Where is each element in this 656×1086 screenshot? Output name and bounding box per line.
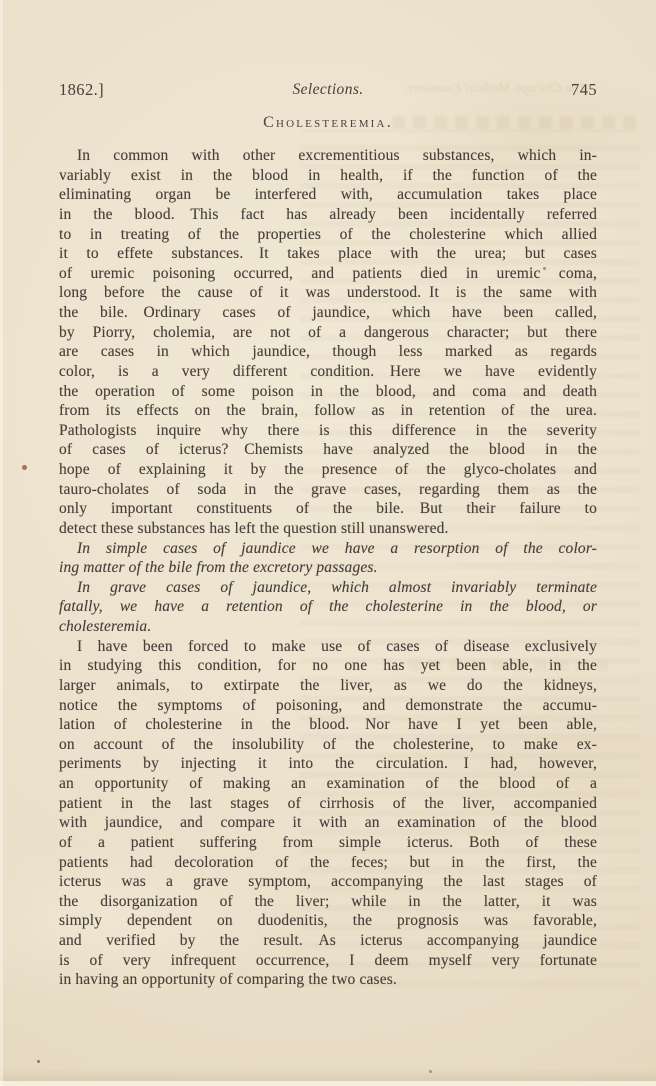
text-line: cholesteremia.: [59, 617, 597, 637]
scanned-book-page: The Chicago Medical Examiner. 1862.] Sel…: [0, 0, 656, 1086]
text-line: with jaundice, and compare it with an ex…: [59, 813, 597, 833]
paper-speck: [22, 465, 27, 470]
text-line: to in treating of the properties of the …: [59, 225, 597, 245]
text-line: by Piorry, cholemia, are not of a danger…: [59, 323, 597, 343]
text-line: in having an opportunity of comparing th…: [59, 970, 597, 990]
text-line: is of very infrequent occurrence, I deem…: [59, 951, 597, 971]
text-line: long before the cause of it was understo…: [59, 283, 597, 303]
page-number: 745: [571, 80, 597, 100]
text-line: In simple cases of jaundice we have a re…: [59, 539, 597, 559]
running-title: Selections.: [292, 81, 363, 99]
paper-speck: [37, 1060, 40, 1063]
text-line: periments by injecting it into the circu…: [59, 754, 597, 774]
article-title: Cholesteremia.: [59, 114, 597, 132]
text-line: of cases of icterus? Chemists have analy…: [59, 440, 597, 460]
text-line: color, is a very different condition. He…: [59, 362, 597, 382]
text-line: larger animals, to extirpate the liver, …: [59, 676, 597, 696]
text-line: of a patient suffering from simple icter…: [59, 833, 597, 853]
article-body: In common with other excrementitious sub…: [59, 146, 597, 990]
text-line: patient in the last stages of cirrhosis …: [59, 794, 597, 814]
text-line: an opportunity of making an examination …: [59, 774, 597, 794]
text-line: In common with other excrementitious sub…: [59, 146, 597, 166]
paper-speck: [429, 1070, 432, 1073]
text-line: I have been forced to make use of cases …: [59, 637, 597, 657]
text-line: notice the symptoms of poisoning, and de…: [59, 696, 597, 716]
scan-left-edge: [0, 0, 3, 1086]
text-line: the operation of some poison in the bloo…: [59, 382, 597, 402]
text-line: In grave cases of jaundice, which almost…: [59, 578, 597, 598]
text-line: of uremic poisoning occurred, and patien…: [59, 264, 597, 284]
text-line: variably exist in the blood in health, i…: [59, 166, 597, 186]
text-line: tauro-cholates of soda in the grave case…: [59, 480, 597, 500]
text-line: and verified by the result. As icterus a…: [59, 931, 597, 951]
text-line: lation of cholesterine in the blood. Nor…: [59, 715, 597, 735]
text-line: from its effects on the brain, follow as…: [59, 401, 597, 421]
text-line: on account of the insolubility of the ch…: [59, 735, 597, 755]
scan-bottom-shadow: [0, 1068, 656, 1082]
text-line: Pathologists inquire why there is this d…: [59, 421, 597, 441]
text-line: in studying this condition, for no one h…: [59, 656, 597, 676]
text-line: the disorganization of the liver; while …: [59, 892, 597, 912]
text-line: in the blood. This fact has already been…: [59, 205, 597, 225]
text-line: ing matter of the bile from the excretor…: [59, 558, 597, 578]
year-label: 1862.]: [59, 80, 104, 100]
scan-bottom-edge: [0, 1081, 656, 1086]
text-line: fatally, we have a retention of the chol…: [59, 597, 597, 617]
text-line: hope of explaining it by the presence of…: [59, 460, 597, 480]
text-line: are cases in which jaundice, though less…: [59, 342, 597, 362]
text-line: the bile. Ordinary cases of jaundice, wh…: [59, 303, 597, 323]
page-header: 1862.] Selections. 745: [59, 80, 597, 102]
text-line: only important constituents of the bile.…: [59, 499, 597, 519]
text-line: it to effete substances. It takes place …: [59, 244, 597, 264]
text-line: eliminating organ be interfered with, ac…: [59, 185, 597, 205]
text-line: detect these substances has left the que…: [59, 519, 597, 539]
text-line: icterus was a grave symptom, accompanyin…: [59, 872, 597, 892]
text-line: simply dependent on duodenitis, the prog…: [59, 911, 597, 931]
text-line: patients had decoloration of the feces; …: [59, 853, 597, 873]
